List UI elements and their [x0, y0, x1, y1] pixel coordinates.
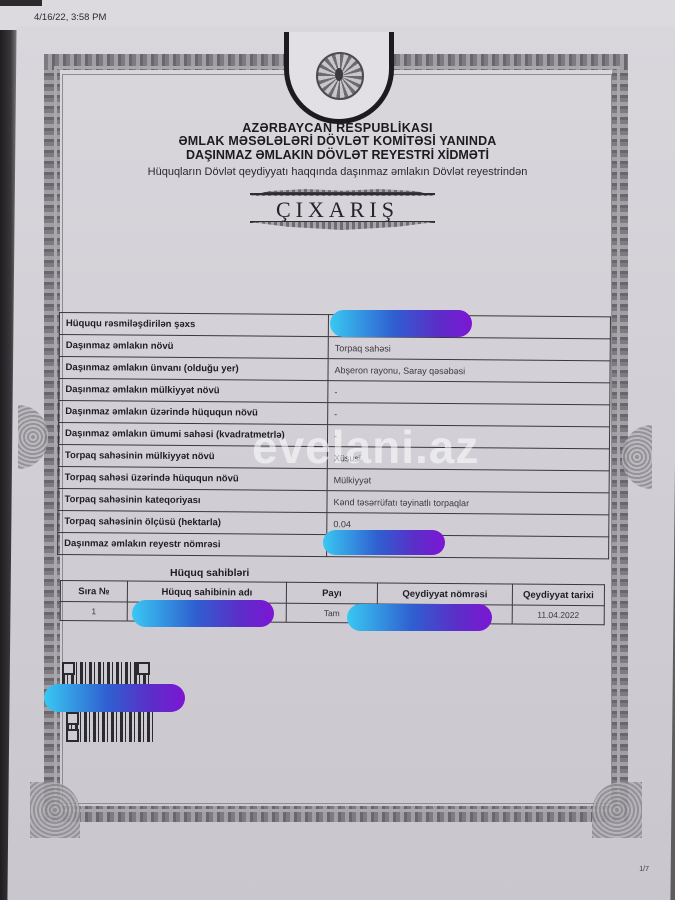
redaction-bar [330, 310, 472, 337]
detail-label: Daşınmaz əmlakın mülkiyyət növü [59, 379, 328, 403]
redaction-bar [44, 684, 185, 712]
header-subtitle: Hüquqların Dövlət qeydiyyatı haqqında da… [0, 166, 675, 178]
detail-value: Abşeron rayonu, Saray qəsəbəsi [328, 359, 610, 383]
title-rule-top [250, 193, 435, 195]
detail-label: Torpaq sahəsinin kateqoriyası [58, 488, 327, 512]
header-line-3: DAŞINMAZ ƏMLAKIN DÖVLƏT REYESTRİ XİDMƏTİ [0, 148, 675, 162]
detail-value: - [328, 381, 610, 405]
column-header: Sıra № [60, 581, 127, 603]
detail-label: Daşınmaz əmlakın ünvanı (olduğu yer) [59, 357, 328, 381]
detail-label: Daşınmaz əmlakın reyestr nömrəsi [58, 532, 327, 556]
owner-row-number: 1 [60, 602, 127, 622]
document-title: ÇIXARIŞ [0, 197, 675, 223]
detail-value: Kənd təsərrüfatı təyinatlı torpaqlar [327, 491, 609, 515]
redaction-bar [347, 604, 492, 631]
column-header: Payı [286, 582, 377, 604]
header-line-2: ƏMLAK MƏSƏLƏLƏRİ DÖVLƏT KOMİTƏSİ YANINDA [0, 134, 675, 148]
registration-date: 11.04.2022 [512, 605, 604, 625]
corner-ornament-bottom-right [592, 782, 642, 838]
state-emblem-icon [316, 52, 364, 100]
column-header: Qeydiyyat tarixi [512, 584, 604, 606]
detail-label: Hüququ rəsmiləşdirilən şəxs [59, 313, 328, 337]
qr-code-icon [66, 712, 154, 742]
capture-timestamp: 4/16/22, 3:58 PM [34, 12, 106, 23]
redaction-bar [132, 600, 274, 627]
detail-label: Torpaq sahəsinin ölçüsü (hektarla) [58, 510, 327, 534]
header-line-1: AZƏRBAYCAN RESPUBLİKASI [0, 121, 675, 135]
owners-section-title: Hüquq sahibləri [170, 567, 249, 579]
redaction-bar [323, 530, 445, 555]
detail-value: Torpaq sahəsi [328, 337, 610, 361]
watermark: evelani.az [252, 420, 479, 474]
column-header: Qeydiyyat nömrəsi [377, 583, 512, 605]
dark-corner [0, 0, 42, 6]
detail-label: Daşınmaz əmlakın növü [59, 335, 328, 359]
page-counter: 1/7 [639, 866, 649, 873]
